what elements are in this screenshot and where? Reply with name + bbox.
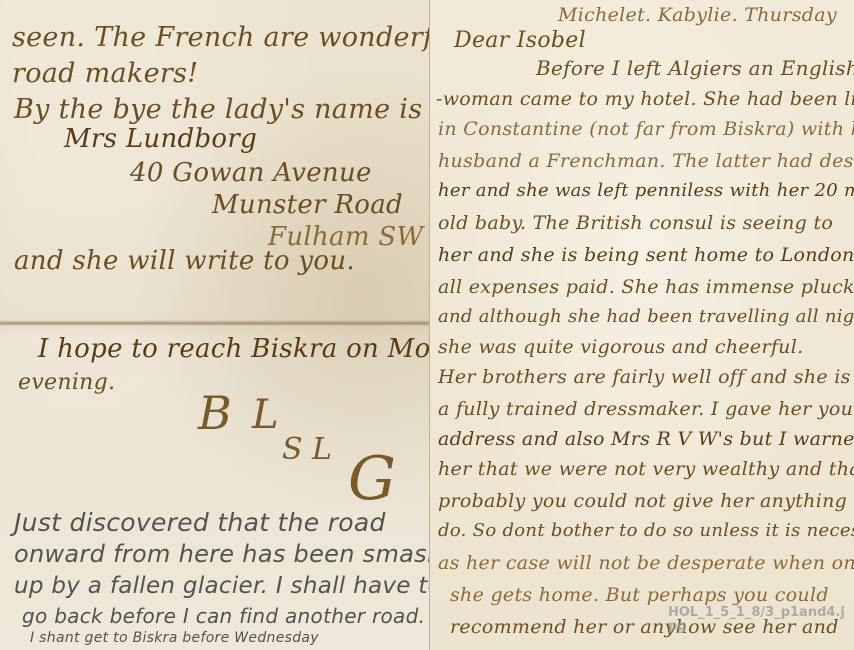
letter-line: and she will write to you. — [14, 246, 355, 276]
postscript-line: onward from here has been smashed — [14, 540, 430, 568]
signature-initial: G — [348, 444, 396, 514]
filename-watermark: HOL_1_5_1_8/3_p1and4.jpg — [668, 606, 848, 634]
letter-line: -woman came to my hotel. She had been li… — [436, 88, 854, 110]
letter-line: her and she is being sent home to London — [438, 244, 854, 266]
signature-initial: S — [282, 432, 303, 467]
letter-line: probably you could not give her anything… — [438, 490, 854, 512]
right-page: Michelet. Kabylie. Thursday Dear Isobel … — [430, 0, 854, 650]
signature-initial: L — [312, 432, 332, 467]
letter-line: all expenses paid. She has immense pluck — [438, 276, 854, 298]
letter-line: and although she had been travelling all… — [438, 306, 854, 327]
closing-line: evening. — [18, 370, 115, 395]
letter-line: she gets home. But perhaps you could — [450, 584, 829, 606]
letter-line: her and she was left penniless with her … — [438, 180, 854, 201]
letter-line: in Constantine (not far from Biskra) wit… — [438, 118, 854, 140]
address-line: Munster Road — [212, 190, 403, 220]
letter-line: seen. The French are wonderful — [12, 22, 430, 53]
letter-line: By the bye the lady's name is — [14, 94, 422, 125]
letter-line: she was quite vigorous and cheerful. — [438, 336, 803, 358]
letter-line: do. So dont bother to do so unless it is… — [438, 520, 854, 541]
addressee-name: Mrs Lundborg — [64, 124, 257, 154]
letter-line: a fully trained dressmaker. I gave her y… — [438, 398, 854, 420]
fold-line — [0, 320, 430, 326]
postscript-line: go back before I can find another road. — [22, 604, 425, 628]
postscript-line: Just discovered that the road — [14, 508, 386, 537]
letter-line: old baby. The British consul is seeing t… — [438, 212, 833, 234]
postscript-line: up by a fallen glacier. I shall have to — [14, 573, 430, 599]
letter-heading: Michelet. Kabylie. Thursday — [558, 4, 837, 26]
letter-line: as her case will not be desperate when o… — [438, 552, 854, 574]
letter-line: her that we were not very wealthy and th… — [438, 458, 854, 480]
address-line: 40 Gowan Avenue — [130, 158, 372, 188]
letter-line: address and also Mrs R V W's but I warne… — [438, 428, 854, 450]
salutation: Dear Isobel — [454, 28, 586, 53]
letter-line: road makers! — [12, 58, 198, 89]
letter-line: husband a Frenchman. The latter had dese… — [438, 150, 854, 172]
letter-line: Before I left Algiers an English — [536, 56, 854, 80]
closing-line: I hope to reach Biskra on Monday — [38, 334, 430, 364]
letter-line: Her brothers are fairly well off and she… — [438, 366, 851, 388]
left-page: seen. The French are wonderful road make… — [0, 0, 430, 650]
postscript-line: I shant get to Biskra before Wednesday — [30, 630, 319, 646]
signature-initial: B — [198, 386, 232, 440]
signature-initial: L — [252, 392, 279, 438]
